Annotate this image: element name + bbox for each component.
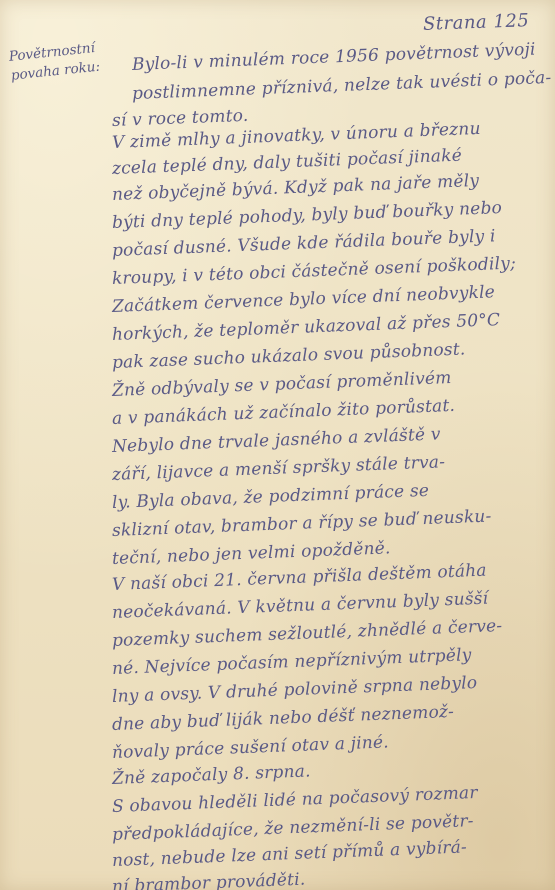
handwritten-line: Žně započaly 8. srpna. bbox=[112, 760, 311, 790]
page-number: Strana 125 bbox=[422, 10, 529, 35]
handwritten-line: dne aby buď liják nebo déšť neznemož- bbox=[112, 701, 455, 736]
handwritten-line: ní brambor prováděti. bbox=[112, 869, 306, 890]
margin-heading: Povětrnostní povaha roku: bbox=[8, 38, 107, 86]
handwritten-line: ňovaly práce sušení otav a jiné. bbox=[112, 731, 390, 764]
handwritten-chronicle-page: Strana 125 Povětrnostní povaha roku: Byl… bbox=[0, 0, 555, 890]
